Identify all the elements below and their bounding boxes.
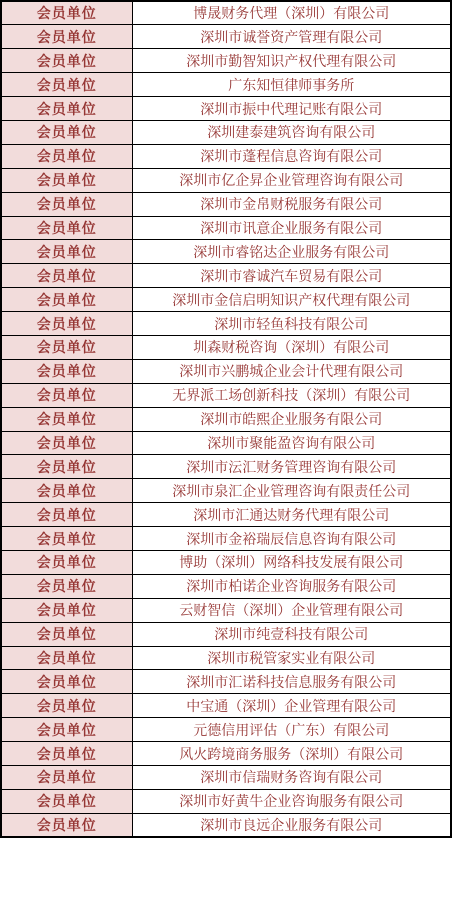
company-name-cell: 深圳市纯壹科技有限公司 xyxy=(132,622,451,646)
member-label-cell: 会员单位 xyxy=(1,622,132,646)
company-name-cell: 深圳市皓熙企业服务有限公司 xyxy=(132,407,451,431)
company-name-cell: 深圳市汇诺科技信息服务有限公司 xyxy=(132,670,451,694)
company-name-cell: 深圳市睿诚汽车贸易有限公司 xyxy=(132,264,451,288)
table-row: 会员单位风火跨境商务服务（深圳）有限公司 xyxy=(1,742,451,766)
table-row: 会员单位博晟财务代理（深圳）有限公司 xyxy=(1,1,451,25)
company-name-cell: 深圳市税管家实业有限公司 xyxy=(132,646,451,670)
company-name-cell: 深圳市聚能盈咨询有限公司 xyxy=(132,431,451,455)
table-row: 会员单位博助（深圳）网络科技发展有限公司 xyxy=(1,550,451,574)
company-name-cell: 深圳市蓬程信息咨询有限公司 xyxy=(132,144,451,168)
table-row: 会员单位云财智信（深圳）企业管理有限公司 xyxy=(1,598,451,622)
company-name-cell: 深圳建泰建筑咨询有限公司 xyxy=(132,120,451,144)
member-label-cell: 会员单位 xyxy=(1,789,132,813)
table-row: 会员单位深圳市良远企业服务有限公司 xyxy=(1,813,451,837)
table-row: 会员单位深圳市税管家实业有限公司 xyxy=(1,646,451,670)
table-row: 会员单位深圳市泉汇企业管理咨询有限责任公司 xyxy=(1,479,451,503)
member-label-cell: 会员单位 xyxy=(1,359,132,383)
table-row: 会员单位深圳市振中代理记账有限公司 xyxy=(1,97,451,121)
member-label-cell: 会员单位 xyxy=(1,288,132,312)
table-row: 会员单位广东知恒律师事务所 xyxy=(1,73,451,97)
member-label-cell: 会员单位 xyxy=(1,120,132,144)
table-row: 会员单位深圳市汇诺科技信息服务有限公司 xyxy=(1,670,451,694)
company-name-cell: 深圳市睿铭达企业服务有限公司 xyxy=(132,240,451,264)
member-label-cell: 会员单位 xyxy=(1,25,132,49)
member-table-body: 会员单位博晟财务代理（深圳）有限公司会员单位深圳市诚誉资产管理有限公司会员单位深… xyxy=(1,1,451,837)
table-row: 会员单位深圳建泰建筑咨询有限公司 xyxy=(1,120,451,144)
member-label-cell: 会员单位 xyxy=(1,670,132,694)
member-label-cell: 会员单位 xyxy=(1,598,132,622)
member-label-cell: 会员单位 xyxy=(1,527,132,551)
company-name-cell: 深圳市兴鹏城企业会计代理有限公司 xyxy=(132,359,451,383)
company-name-cell: 深圳市讯意企业服务有限公司 xyxy=(132,216,451,240)
member-label-cell: 会员单位 xyxy=(1,550,132,574)
table-row: 会员单位无界派工场创新科技（深圳）有限公司 xyxy=(1,383,451,407)
member-label-cell: 会员单位 xyxy=(1,312,132,336)
member-label-cell: 会员单位 xyxy=(1,503,132,527)
member-label-cell: 会员单位 xyxy=(1,646,132,670)
member-label-cell: 会员单位 xyxy=(1,1,132,25)
table-row: 会员单位深圳市信瑞财务咨询有限公司 xyxy=(1,766,451,790)
company-name-cell: 风火跨境商务服务（深圳）有限公司 xyxy=(132,742,451,766)
member-label-cell: 会员单位 xyxy=(1,335,132,359)
company-name-cell: 深圳市金裕瑞辰信息咨询有限公司 xyxy=(132,527,451,551)
table-row: 会员单位深圳市睿铭达企业服务有限公司 xyxy=(1,240,451,264)
table-row: 会员单位深圳市聚能盈咨询有限公司 xyxy=(1,431,451,455)
member-label-cell: 会员单位 xyxy=(1,455,132,479)
company-name-cell: 广东知恒律师事务所 xyxy=(132,73,451,97)
company-name-cell: 深圳市汇通达财务代理有限公司 xyxy=(132,503,451,527)
company-name-cell: 深圳市沄汇财务管理咨询有限公司 xyxy=(132,455,451,479)
member-label-cell: 会员单位 xyxy=(1,694,132,718)
company-name-cell: 圳森财税咨询（深圳）有限公司 xyxy=(132,335,451,359)
member-label-cell: 会员单位 xyxy=(1,192,132,216)
member-label-cell: 会员单位 xyxy=(1,97,132,121)
member-label-cell: 会员单位 xyxy=(1,574,132,598)
member-label-cell: 会员单位 xyxy=(1,431,132,455)
company-name-cell: 深圳市振中代理记账有限公司 xyxy=(132,97,451,121)
company-name-cell: 深圳市良远企业服务有限公司 xyxy=(132,813,451,837)
table-row: 会员单位深圳市金帛财税服务有限公司 xyxy=(1,192,451,216)
company-name-cell: 元德信用评估（广东）有限公司 xyxy=(132,718,451,742)
table-row: 会员单位深圳市亿企昇企业管理咨询有限公司 xyxy=(1,168,451,192)
company-name-cell: 深圳市泉汇企业管理咨询有限责任公司 xyxy=(132,479,451,503)
table-row: 会员单位深圳市蓬程信息咨询有限公司 xyxy=(1,144,451,168)
table-row: 会员单位深圳市兴鹏城企业会计代理有限公司 xyxy=(1,359,451,383)
company-name-cell: 博晟财务代理（深圳）有限公司 xyxy=(132,1,451,25)
member-label-cell: 会员单位 xyxy=(1,718,132,742)
member-label-cell: 会员单位 xyxy=(1,813,132,837)
member-label-cell: 会员单位 xyxy=(1,240,132,264)
table-row: 会员单位深圳市睿诚汽车贸易有限公司 xyxy=(1,264,451,288)
member-label-cell: 会员单位 xyxy=(1,383,132,407)
company-name-cell: 深圳市轻鱼科技有限公司 xyxy=(132,312,451,336)
table-row: 会员单位深圳市轻鱼科技有限公司 xyxy=(1,312,451,336)
table-row: 会员单位深圳市金信启明知识产权代理有限公司 xyxy=(1,288,451,312)
company-name-cell: 深圳市金帛财税服务有限公司 xyxy=(132,192,451,216)
member-label-cell: 会员单位 xyxy=(1,766,132,790)
member-label-cell: 会员单位 xyxy=(1,144,132,168)
company-name-cell: 博助（深圳）网络科技发展有限公司 xyxy=(132,550,451,574)
member-label-cell: 会员单位 xyxy=(1,73,132,97)
table-row: 会员单位元德信用评估（广东）有限公司 xyxy=(1,718,451,742)
table-row: 会员单位深圳市勤智知识产权代理有限公司 xyxy=(1,49,451,73)
table-row: 会员单位深圳市纯壹科技有限公司 xyxy=(1,622,451,646)
company-name-cell: 深圳市信瑞财务咨询有限公司 xyxy=(132,766,451,790)
company-name-cell: 深圳市金信启明知识产权代理有限公司 xyxy=(132,288,451,312)
company-name-cell: 深圳市诚誉资产管理有限公司 xyxy=(132,25,451,49)
member-label-cell: 会员单位 xyxy=(1,264,132,288)
company-name-cell: 云财智信（深圳）企业管理有限公司 xyxy=(132,598,451,622)
table-row: 会员单位深圳市汇通达财务代理有限公司 xyxy=(1,503,451,527)
company-name-cell: 深圳市亿企昇企业管理咨询有限公司 xyxy=(132,168,451,192)
table-row: 会员单位中宝通（深圳）企业管理有限公司 xyxy=(1,694,451,718)
table-row: 会员单位圳森财税咨询（深圳）有限公司 xyxy=(1,335,451,359)
table-row: 会员单位深圳市好黄牛企业咨询服务有限公司 xyxy=(1,789,451,813)
company-name-cell: 无界派工场创新科技（深圳）有限公司 xyxy=(132,383,451,407)
company-name-cell: 深圳市勤智知识产权代理有限公司 xyxy=(132,49,451,73)
member-label-cell: 会员单位 xyxy=(1,216,132,240)
member-label-cell: 会员单位 xyxy=(1,407,132,431)
company-name-cell: 深圳市好黄牛企业咨询服务有限公司 xyxy=(132,789,451,813)
member-label-cell: 会员单位 xyxy=(1,49,132,73)
table-row: 会员单位深圳市讯意企业服务有限公司 xyxy=(1,216,451,240)
member-label-cell: 会员单位 xyxy=(1,742,132,766)
member-label-cell: 会员单位 xyxy=(1,479,132,503)
table-row: 会员单位深圳市沄汇财务管理咨询有限公司 xyxy=(1,455,451,479)
company-name-cell: 中宝通（深圳）企业管理有限公司 xyxy=(132,694,451,718)
member-label-cell: 会员单位 xyxy=(1,168,132,192)
company-name-cell: 深圳市柏诺企业咨询服务有限公司 xyxy=(132,574,451,598)
table-row: 会员单位深圳市皓熙企业服务有限公司 xyxy=(1,407,451,431)
table-row: 会员单位深圳市金裕瑞辰信息咨询有限公司 xyxy=(1,527,451,551)
table-row: 会员单位深圳市柏诺企业咨询服务有限公司 xyxy=(1,574,451,598)
table-row: 会员单位深圳市诚誉资产管理有限公司 xyxy=(1,25,451,49)
member-table: 会员单位博晟财务代理（深圳）有限公司会员单位深圳市诚誉资产管理有限公司会员单位深… xyxy=(0,0,452,838)
